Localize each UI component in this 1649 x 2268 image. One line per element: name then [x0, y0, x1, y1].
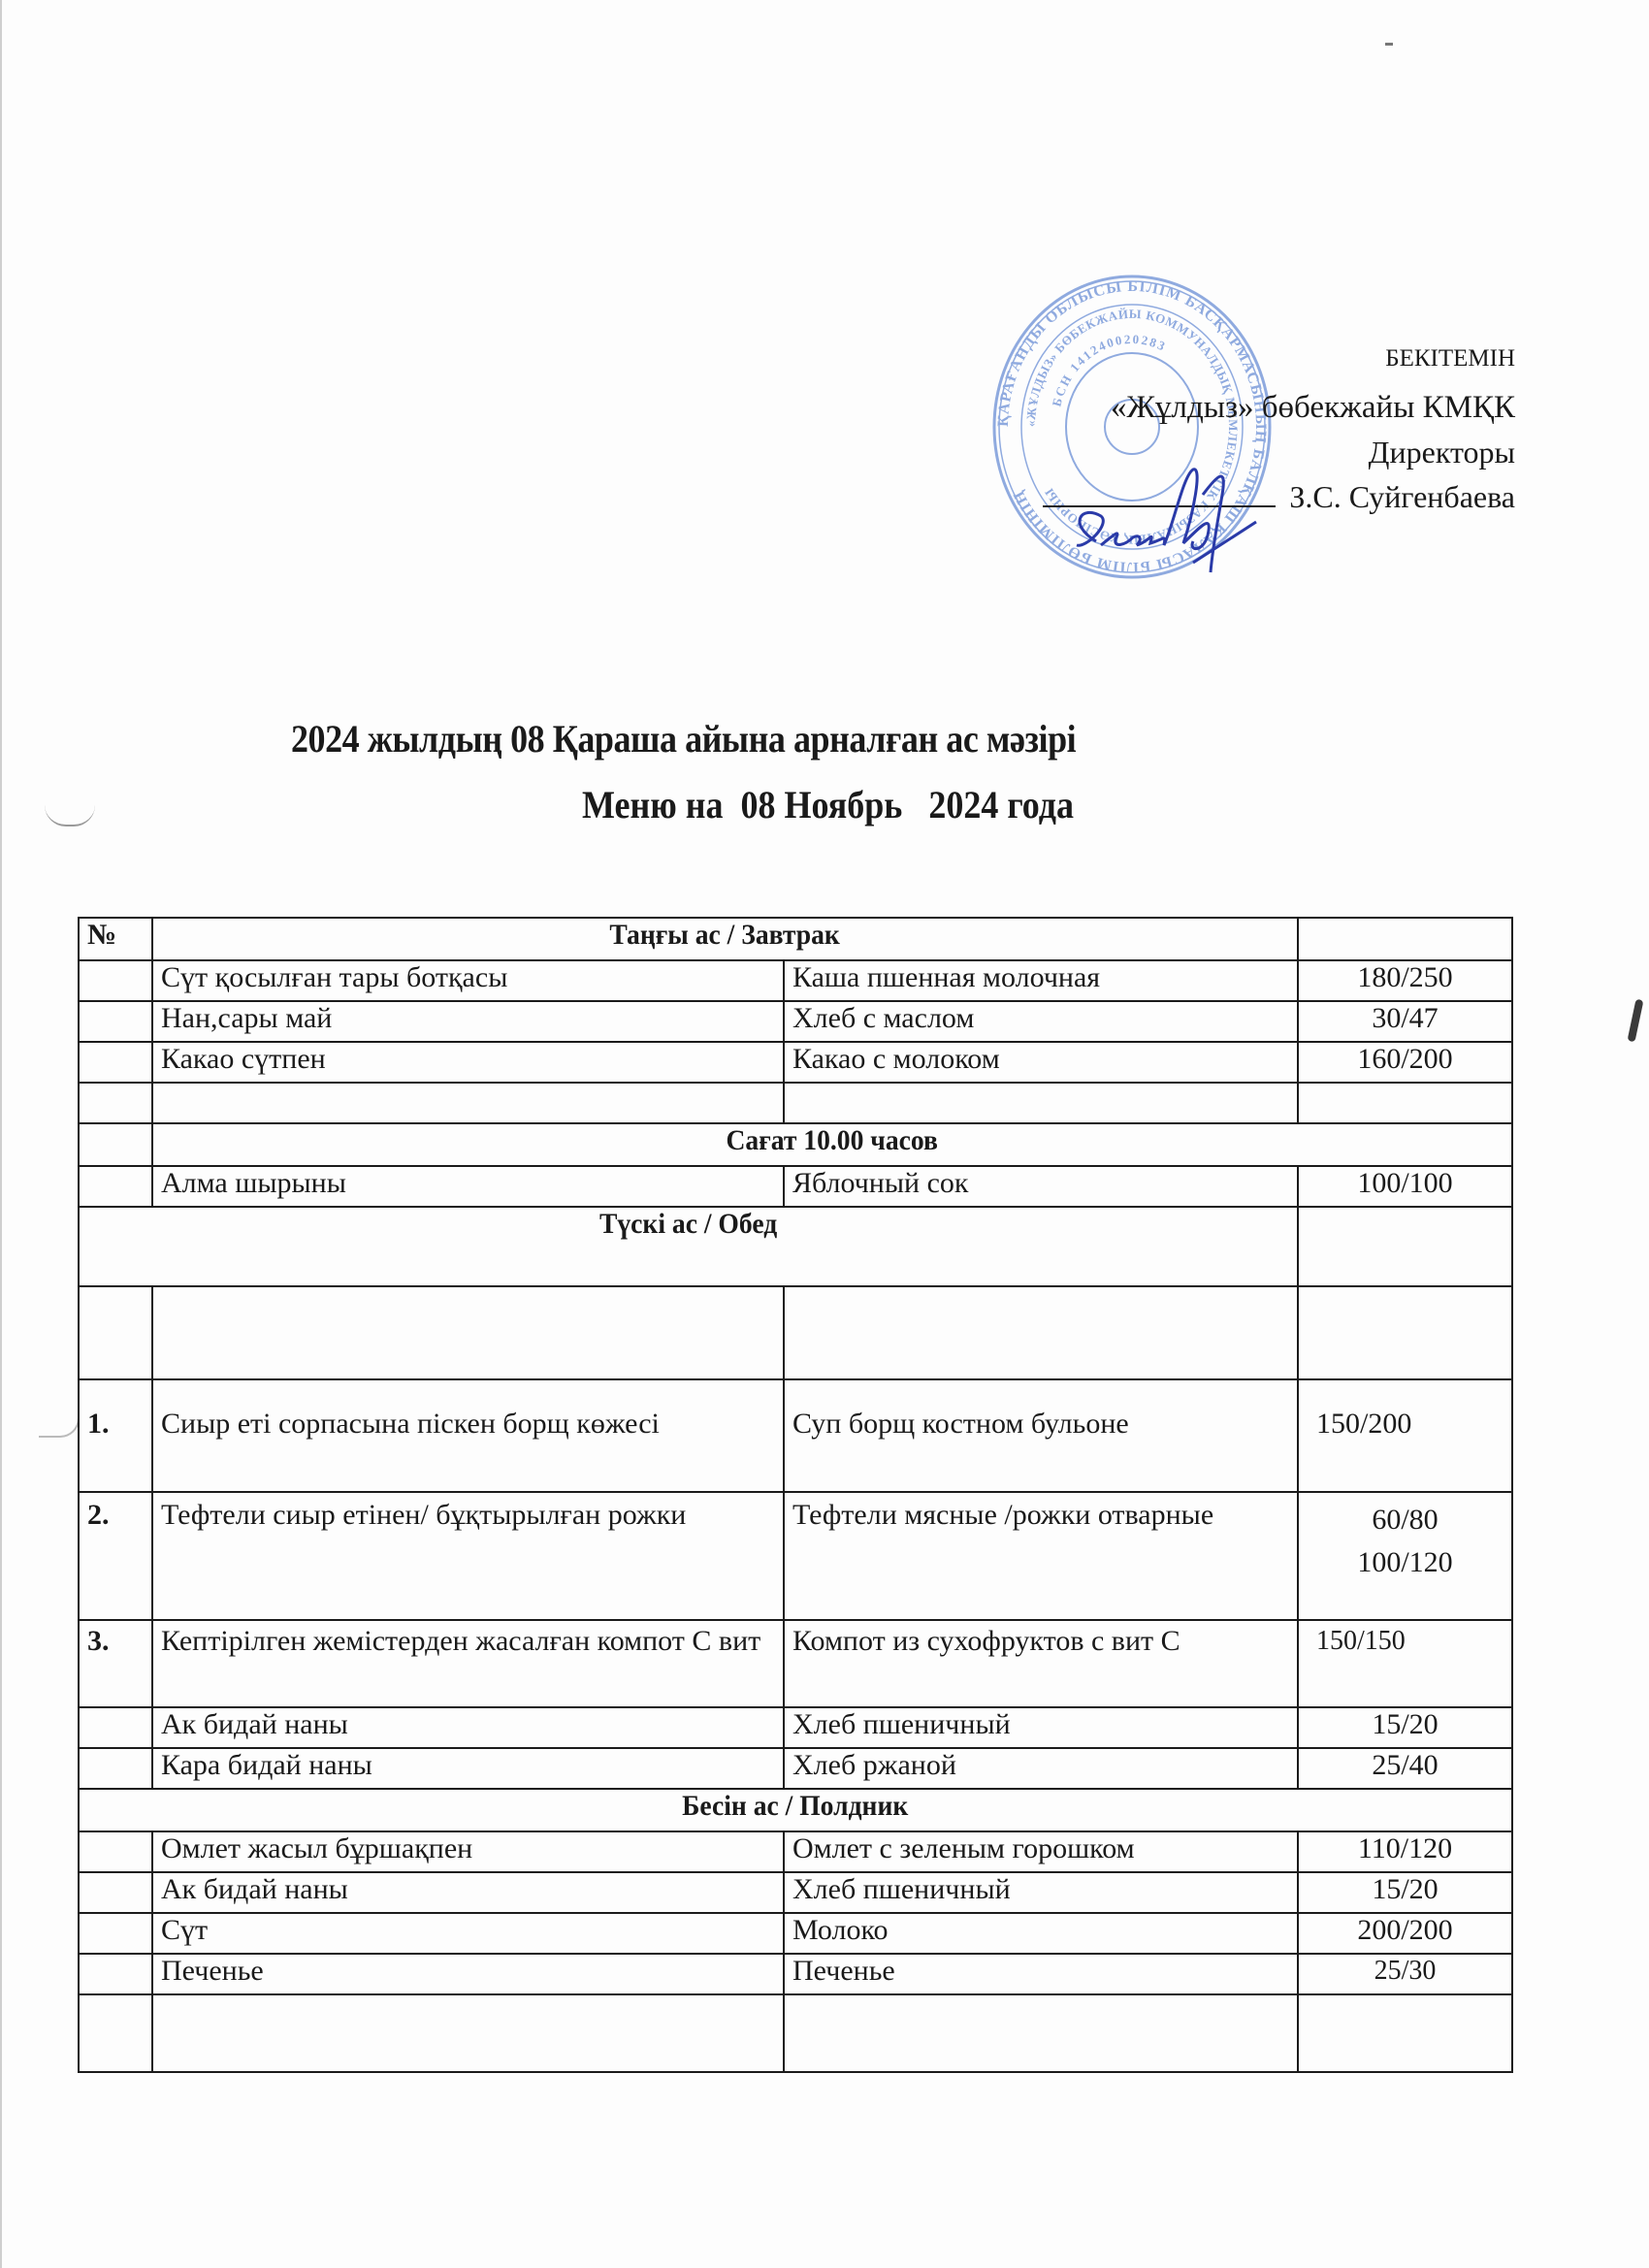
portion-qty: 150/150 [1298, 1620, 1512, 1707]
number-cell [79, 1083, 152, 1123]
number-cell [79, 1954, 152, 1994]
signature [1057, 456, 1271, 582]
section-heading-afternoon: Бесін ас / Полдник [79, 1789, 1512, 1831]
table-row: Кара бидай наны Хлеб ржаной 25/40 [79, 1748, 1512, 1789]
dish-ru [784, 1083, 1298, 1123]
number-cell [79, 1913, 152, 1954]
table-row: Ак бидай наны Хлеб пшеничный 15/20 [79, 1872, 1512, 1913]
number-cell [79, 1001, 152, 1042]
section-row-snack-10: Сағат 10.00 часов [79, 1123, 1512, 1166]
table-row: Печенье Печенье 25/30 [79, 1954, 1512, 1994]
table-row: Сүт Молоко 200/200 [79, 1913, 1512, 1954]
table-row-empty [79, 1083, 1512, 1123]
section-row-lunch: Түскі ас / Обед [79, 1207, 1512, 1286]
dish-kz [152, 1083, 784, 1123]
title-kazakh: 2024 жылдың 08 Қараша айына арналған ас … [29, 716, 1513, 761]
section-heading-snack-10: Сағат 10.00 часов [152, 1123, 1512, 1166]
portion-qty: 100/100 [1298, 1166, 1512, 1207]
scan-mark [1628, 999, 1644, 1043]
punch-hole-mark [39, 1409, 80, 1438]
number-cell [79, 1042, 152, 1083]
menu-table: № Таңғы ас / Завтрак Сүт қосылған тары б… [78, 917, 1513, 2073]
number-cell [79, 1872, 152, 1913]
portion-qty [1298, 1083, 1512, 1123]
portion-qty: 180/250 [1298, 960, 1512, 1001]
dish-ru [784, 1994, 1298, 2072]
table-row-empty [79, 1994, 1512, 2072]
table-row: Какао сүтпен Какао с молоком 160/200 [79, 1042, 1512, 1083]
dish-ru: Хлеб с маслом [784, 1001, 1298, 1042]
table-row: 1. Сиыр еті сорпасына піскен борщ көжесі… [79, 1379, 1512, 1492]
portion-qty: 150/200 [1298, 1379, 1512, 1492]
dish-ru: Хлеб пшеничный [784, 1872, 1298, 1913]
dish-ru: Тефтели мясные /рожки отварные [784, 1492, 1298, 1620]
qty-cell-empty [1298, 1207, 1512, 1286]
table-row: 2. Тефтели сиыр етінен/ бұқтырылған рожк… [79, 1492, 1512, 1620]
number-cell: 3. [79, 1620, 152, 1707]
dish-ru: Какао с молоком [784, 1042, 1298, 1083]
section-row-breakfast: № Таңғы ас / Завтрак [79, 918, 1512, 960]
portion-qty: 200/200 [1298, 1913, 1512, 1954]
director-name: З.С. Суйгенбаева [1289, 479, 1515, 514]
dish-kz: Алма шырыны [152, 1166, 784, 1207]
table-row: Алма шырыны Яблочный сок 100/100 [79, 1166, 1512, 1207]
portion-qty: 25/40 [1298, 1748, 1512, 1789]
dish-ru [784, 1286, 1298, 1379]
number-cell: 1. [79, 1379, 152, 1492]
section-heading-lunch: Түскі ас / Обед [79, 1207, 1298, 1286]
dish-kz: Ак бидай наны [152, 1707, 784, 1748]
number-cell [79, 1748, 152, 1789]
dish-kz: Кептірілген жемістерден жасалған компот … [152, 1620, 784, 1707]
number-cell [79, 1707, 152, 1748]
dish-kz: Омлет жасыл бұршақпен [152, 1831, 784, 1872]
dish-kz: Нан,сары май [152, 1001, 784, 1042]
dish-ru: Компот из сухофруктов с вит С [784, 1620, 1298, 1707]
portion-qty: 15/20 [1298, 1707, 1512, 1748]
section-row-afternoon: Бесін ас / Полдник [79, 1789, 1512, 1831]
portion-qty: 15/20 [1298, 1872, 1512, 1913]
portion-qty: 30/47 [1298, 1001, 1512, 1042]
number-cell [79, 1123, 152, 1166]
dish-ru: Хлеб пшеничный [784, 1707, 1298, 1748]
portion-qty-pasta: 100/120 [1307, 1541, 1503, 1584]
portion-qty: 110/120 [1298, 1831, 1512, 1872]
number-cell [79, 1831, 152, 1872]
number-header: № [79, 918, 152, 960]
number-cell [79, 960, 152, 1001]
portion-qty [1298, 1994, 1512, 2072]
section-heading-breakfast: Таңғы ас / Завтрак [152, 918, 1298, 960]
number-cell [79, 1166, 152, 1207]
portion-qty: 160/200 [1298, 1042, 1512, 1083]
table-row: Сүт қосылған тары ботқасы Каша пшенная м… [79, 960, 1512, 1001]
dish-kz: Тефтели сиыр етінен/ бұқтырылған рожки [152, 1492, 784, 1620]
dish-kz [152, 1994, 784, 2072]
dish-kz: Ак бидай наны [152, 1872, 784, 1913]
dish-kz [152, 1286, 784, 1379]
dish-ru: Молоко [784, 1913, 1298, 1954]
dish-kz: Какао сүтпен [152, 1042, 784, 1083]
dish-kz: Сүт қосылған тары ботқасы [152, 960, 784, 1001]
dish-ru: Печенье [784, 1954, 1298, 1994]
qty-cell-empty [1298, 918, 1512, 960]
table-row: Ак бидай наны Хлеб пшеничный 15/20 [79, 1707, 1512, 1748]
scan-mark [45, 805, 95, 826]
approval-label: БЕКІТЕМІН [1043, 344, 1515, 373]
dish-ru: Омлет с зеленым горошком [784, 1831, 1298, 1872]
table-row: 3. Кептірілген жемістерден жасалған комп… [79, 1620, 1512, 1707]
dish-ru: Суп борщ костном бульоне [784, 1379, 1298, 1492]
portion-qty: 25/30 [1298, 1954, 1512, 1994]
dish-kz: Кара бидай наны [152, 1748, 784, 1789]
dish-ru: Каша пшенная молочная [784, 960, 1298, 1001]
table-row-empty [79, 1286, 1512, 1379]
number-cell: 2. [79, 1492, 152, 1620]
portion-qty: 60/80 100/120 [1298, 1492, 1512, 1620]
portion-qty-meatballs: 60/80 [1307, 1499, 1503, 1541]
table-row: Омлет жасыл бұршақпен Омлет с зеленым го… [79, 1831, 1512, 1872]
title-russian: Меню на 08 Ноябрь 2024 года [582, 782, 1074, 827]
dish-kz: Сиыр еті сорпасына піскен борщ көжесі [152, 1379, 784, 1492]
number-cell [79, 1994, 152, 2072]
number-cell [79, 1286, 152, 1379]
scan-mark [1385, 43, 1393, 46]
organization-name: «Жұлдыз» бөбекжайы КМҚК [1043, 385, 1515, 430]
dish-ru: Хлеб ржаной [784, 1748, 1298, 1789]
portion-qty [1298, 1286, 1512, 1379]
dish-kz: Сүт [152, 1913, 784, 1954]
page-edge [0, 0, 2, 2268]
dish-ru: Яблочный сок [784, 1166, 1298, 1207]
dish-kz: Печенье [152, 1954, 784, 1994]
table-row: Нан,сары май Хлеб с маслом 30/47 [79, 1001, 1512, 1042]
